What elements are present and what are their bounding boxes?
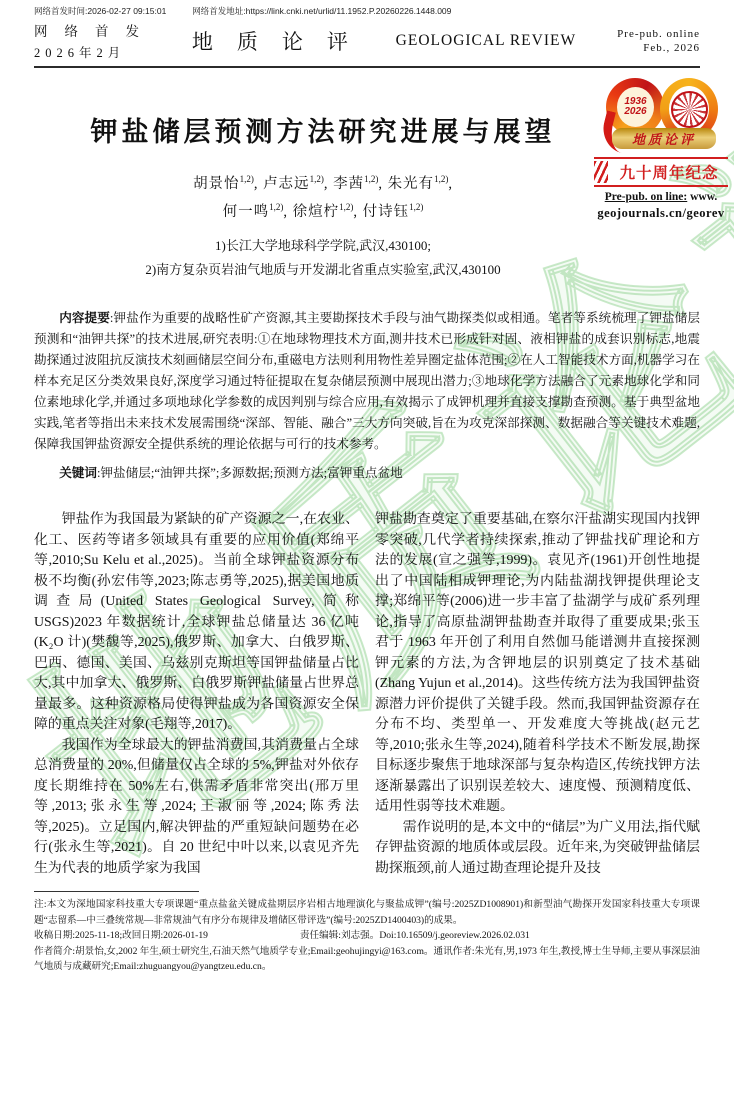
journal-banner: 地质论评 bbox=[612, 128, 716, 149]
masthead-rule bbox=[34, 66, 700, 68]
paragraph: 钾盐作为我国最为紧缺的矿产资源之一,在农业、化工、医药等诸多领域具有重要的应用价… bbox=[34, 510, 359, 736]
affiliations: 1)长江大学地球科学学院,武汉,430100; 2)南方复杂页岩油气地质与开发湖… bbox=[34, 234, 612, 282]
author-list: 胡景怡1,2), 卢志远1,2), 李茜1,2), 朱光有1,2), 何一鸣1,… bbox=[34, 171, 612, 226]
prepub-meta-line: 网络首发时间:2026-02-27 09:15:01 网络首发地址:https:… bbox=[34, 0, 700, 17]
prepub-time: 网络首发时间:2026-02-27 09:15:01 bbox=[34, 5, 166, 17]
article-title: 钾盐储层预测方法研究进展与展望 bbox=[34, 110, 612, 149]
journal-title-cn: 地质论评 bbox=[192, 26, 372, 56]
footnote-separator bbox=[34, 891, 199, 892]
author: 徐煊柠1,2), bbox=[293, 204, 358, 220]
footnote: 注:本文为深地国家科技重大专项课题“重点盐盆关键成盐期层序岩相古地理演化与聚盐成… bbox=[34, 897, 700, 975]
issue-date-en: Feb., 2026 bbox=[596, 42, 700, 54]
abstract-label: 内容提要 bbox=[59, 311, 110, 325]
anniversary-logo: 1936 2026 地质论评 九十周年纪念 Pre-pub. on line: … bbox=[594, 78, 728, 221]
title-block: 钾盐储层预测方法研究进展与展望 胡景怡1,2), 卢志远1,2), 李茜1,2)… bbox=[34, 110, 612, 282]
editor-doi: 责任编辑:刘志强。Doi:10.16509/j.georeview.2026.0… bbox=[300, 928, 530, 944]
journal-title-en: GEOLOGICAL REVIEW bbox=[396, 32, 576, 50]
masthead-center: 地质论评 GEOLOGICAL REVIEW bbox=[172, 26, 596, 56]
prepub-site-prefix: Pre-pub. on line: bbox=[605, 191, 688, 203]
author-line-2: 何一鸣1,2), 徐煊柠1,2), 付诗钰1,2) bbox=[34, 199, 612, 227]
author: 卢志远1,2), bbox=[263, 176, 328, 192]
zero-hole bbox=[669, 86, 709, 132]
body-columns: 钾盐作为我国最为紧缺的矿产资源之一,在农业、化工、医药等诸多领域具有重要的应用价… bbox=[34, 510, 700, 879]
prepub-site-domain: geojournals.cn/georev bbox=[594, 206, 728, 221]
author: 付诗钰1,2) bbox=[363, 204, 424, 220]
prepub-label-cn: 网络首发 bbox=[34, 20, 172, 40]
author: 何一鸣1,2), bbox=[223, 204, 288, 220]
manuscript-dates: 收稿日期:2025-11-18;改回日期:2026-01-19 bbox=[34, 928, 208, 944]
masthead: 网络首发 2026年2月 地质论评 GEOLOGICAL REVIEW Pre-… bbox=[34, 20, 700, 61]
ninety-logo-icon: 1936 2026 地质论评 bbox=[600, 78, 722, 154]
keywords-label: 关键词 bbox=[59, 466, 97, 480]
masthead-left: 网络首发 2026年2月 bbox=[34, 20, 172, 61]
abstract: 内容提要:钾盐作为重要的战略性矿产资源,其主要勘探技术手段与油气勘探类似或相通。… bbox=[34, 308, 700, 455]
author: 李茜1,2), bbox=[333, 176, 383, 192]
prepub-site-line: Pre-pub. on line: www. bbox=[594, 190, 728, 206]
paragraph: 我国作为全球最大的钾盐消费国,其消费量占全球总消费量的 20%,但储量仅占全球的… bbox=[34, 736, 359, 880]
author: 朱光有1,2), bbox=[388, 176, 453, 192]
affiliation-2: 2)南方复杂页岩油气地质与开发湖北省重点实验室,武汉,430100 bbox=[34, 258, 612, 282]
paper-page: 地质论评 网络首发时间:2026-02-27 09:15:01 网络首发地址:h… bbox=[0, 0, 734, 1093]
prepub-url: 网络首发地址:https://link.cnki.net/urlid/11.19… bbox=[192, 5, 451, 17]
author-bio: 作者简介:胡景怡,女,2002 年生,硕士研究生,石油天然气地质学专业;Emai… bbox=[34, 944, 700, 975]
right-column: 钾盐勘查奠定了重要基础,在察尔汗盐湖实现国内找钾零突破,几代学者持续探索,推动了… bbox=[375, 510, 700, 879]
paragraph: 需作说明的是,本文中的“储层”为广义用法,指代赋存钾盐资源的地质体或层段。近年来… bbox=[375, 818, 700, 880]
abstract-text: :钾盐作为重要的战略性矿产资源,其主要勘探技术手段与油气勘探类似或相通。笔者等系… bbox=[34, 311, 700, 451]
prepub-label-en: Pre-pub. online bbox=[596, 28, 700, 40]
keywords: 关键词:钾盐储层;“油钾共探”;多源数据;预测方法;富钾重点盆地 bbox=[34, 463, 700, 484]
affiliation-1: 1)长江大学地球科学学院,武汉,430100; bbox=[34, 234, 612, 258]
dates-editor-row: 收稿日期:2025-11-18;改回日期:2026-01-19 责任编辑:刘志强… bbox=[34, 928, 700, 944]
issue-date-cn: 2026年2月 bbox=[34, 43, 172, 61]
anniversary-band: 九十周年纪念 bbox=[594, 157, 728, 187]
author: 胡景怡1,2), bbox=[193, 176, 258, 192]
left-column: 钾盐作为我国最为紧缺的矿产资源之一,在农业、化工、医药等诸多领域具有重要的应用价… bbox=[34, 510, 359, 879]
masthead-right: Pre-pub. online Feb., 2026 bbox=[596, 26, 700, 56]
funding-note: 注:本文为深地国家科技重大专项课题“重点盐盆关键成盐期层序岩相古地理演化与聚盐成… bbox=[34, 897, 700, 928]
paragraph: 钾盐勘查奠定了重要基础,在察尔汗盐湖实现国内找钾零突破,几代学者持续探索,推动了… bbox=[375, 510, 700, 818]
keywords-text: :钾盐储层;“油钾共探”;多源数据;预测方法;富钾重点盆地 bbox=[97, 466, 403, 480]
author-line-1: 胡景怡1,2), 卢志远1,2), 李茜1,2), 朱光有1,2), bbox=[34, 171, 612, 199]
prepub-site-www: www. bbox=[687, 191, 717, 203]
journal-seal-icon bbox=[671, 91, 708, 128]
